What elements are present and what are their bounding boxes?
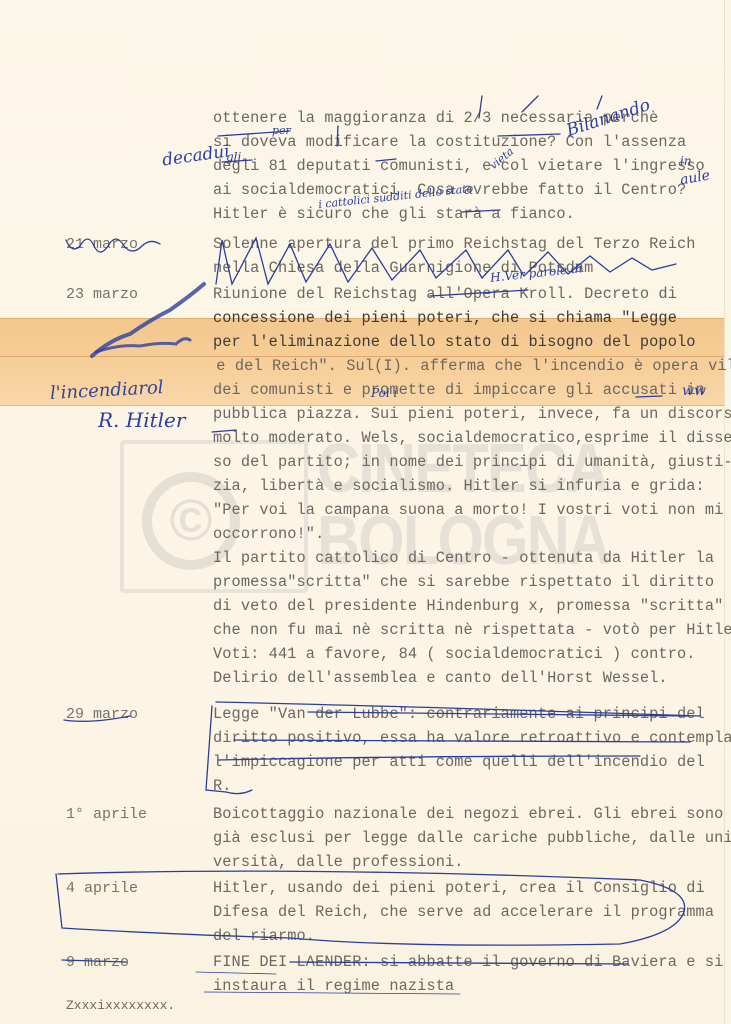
handwritten-note: ww bbox=[682, 383, 706, 399]
text-line: Voti: 441 a favore, 84 ( socialdemocrati… bbox=[213, 642, 696, 666]
text-line: Legge "Van der Lubbe": contrariamente ai… bbox=[213, 702, 705, 726]
text-line: so del partito; in nome dei principi di … bbox=[213, 450, 731, 474]
text-line: zia, libertà e socialismo. Hitler si inf… bbox=[213, 474, 705, 498]
entry-date: 1° aprile bbox=[66, 806, 147, 823]
text-line: "Per voi la campana suona a morto! I vos… bbox=[213, 498, 723, 522]
text-line: Il partito cattolico di Centro - ottenut… bbox=[213, 546, 714, 570]
text-line: diritto positivo, essa ha valore retroat… bbox=[213, 726, 731, 750]
text-line: Hitler è sicuro che gli starà a fianco. bbox=[213, 202, 575, 226]
document-page: © CINETECA BOLOGNA ottenere la maggioran… bbox=[0, 0, 725, 1024]
text-line: pubblica piazza. Sui pieni poteri, invec… bbox=[213, 402, 731, 426]
text-line: e del Reich". Sul(I). afferma che l'ince… bbox=[207, 354, 731, 378]
handwritten-note: in bbox=[680, 154, 692, 168]
text-line: Riunione del Reichstag all'Opera Kroll. … bbox=[213, 282, 677, 306]
entry-date: 21 marzo bbox=[66, 236, 138, 253]
text-line: concessione dei pieni poteri, che si chi… bbox=[213, 306, 677, 330]
text-line: versità, dalle professioni. bbox=[213, 850, 464, 874]
text-line: dei comunisti e promette di impiccare gl… bbox=[213, 378, 705, 402]
text-line: FINE DEI LAENDER: si abbatte il governo … bbox=[213, 950, 723, 974]
handwritten-note: gli bbox=[226, 150, 241, 164]
handwritten-note: R. Hitler bbox=[98, 408, 185, 432]
text-line: Boicottaggio nazionale dei negozi ebrei.… bbox=[213, 802, 723, 826]
text-line: che non fu mai nè scritta nè rispettata … bbox=[213, 618, 731, 642]
text-line: per l'eliminazione dello stato di bisogn… bbox=[213, 330, 696, 354]
text-line: del riarmo. bbox=[213, 924, 315, 948]
text-line: già esclusi per legge dalle cariche pubb… bbox=[213, 826, 731, 850]
text-line: occorrono!". bbox=[213, 522, 324, 546]
handwritten-note: per bbox=[272, 124, 291, 137]
text-line: Difesa del Reich, che serve ad accelerar… bbox=[213, 900, 714, 924]
text-line: degli 81 deputati comunisti, e col vieta… bbox=[213, 154, 705, 178]
text-line: instaura il regime nazista bbox=[213, 974, 454, 998]
entry-date: 23 marzo bbox=[66, 286, 138, 303]
text-line: l'impiccagione per atti come quelli dell… bbox=[213, 750, 705, 774]
entry-date: 9 marzo bbox=[66, 954, 129, 971]
handwritten-note: Poi i bbox=[371, 386, 397, 400]
entry-date: 29 marzo bbox=[66, 706, 138, 723]
text-line: Delirio dell'assemblea e canto dell'Hors… bbox=[213, 666, 668, 690]
text-line: Hitler, usando dei pieni poteri, crea il… bbox=[213, 876, 705, 900]
text-line: promessa"scritta" che si sarebbe rispett… bbox=[213, 570, 714, 594]
entry-date: 4 aprile bbox=[66, 880, 138, 897]
text-line: Solenne apertura del primo Reichstag del… bbox=[213, 232, 696, 256]
text-line: R. bbox=[213, 774, 232, 798]
text-line: di veto del presidente Hindenburg x, pro… bbox=[213, 594, 723, 618]
struck-footer: Zxxxixxxxxxxx. bbox=[66, 998, 175, 1013]
text-line: molto moderato. Wels, socialdemocratico,… bbox=[213, 426, 731, 450]
